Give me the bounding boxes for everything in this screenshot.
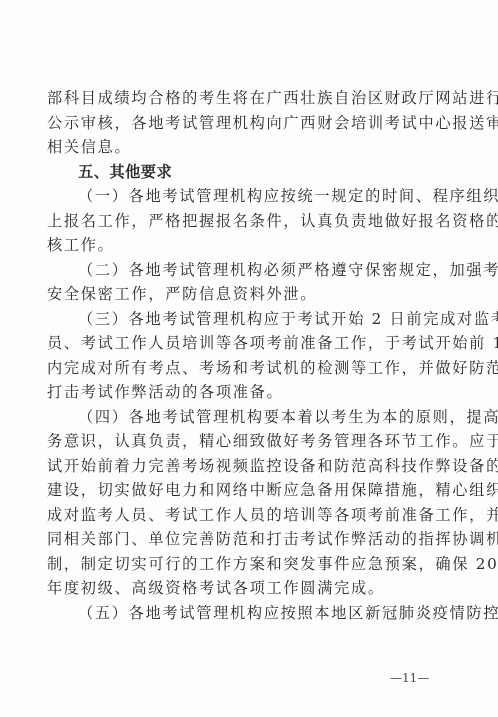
paragraph-line: 务意识，认真负责，精心细致做好考务管理各环节工作。应于考	[47, 429, 439, 454]
paragraph-line: 年度初级、高级资格考试各项工作圆满完成。	[47, 576, 439, 601]
paragraph-line: 内完成对所有考点、考场和考试机的检测等工作，并做好防范和	[47, 356, 439, 381]
paragraph-line: 建设，切实做好电力和网络中断应急备用保障措施，精心组织完	[47, 478, 439, 503]
body-text: 部科目成绩均合格的考生将在广西壮族自治区财政厅网站进行 公示审核，各地考试管理机…	[47, 86, 439, 625]
paragraph-line: 打击考试作弊活动的各项准备。	[47, 380, 439, 405]
paragraph-line: 员、考试工作人员培训等各项考前准备工作，于考试开始前 1 日	[47, 331, 439, 356]
paragraph-line: 上报名工作，严格把握报名条件，认真负责地做好报名资格的审	[47, 209, 439, 234]
page-number: —11—	[390, 671, 429, 685]
paragraph-line: 制，制定切实可行的工作方案和突发事件应急预案，确保 2021	[47, 552, 439, 577]
paragraph-line: （三）各地考试管理机构应于考试开始 2 日前完成对监考人	[47, 307, 439, 332]
paragraph-line: 试开始前着力完善考场视频监控设备和防范高科技作弊设备的	[47, 454, 439, 479]
paragraph-line: 相关信息。	[47, 135, 439, 160]
paragraph-line: （五）各地考试管理机构应按照本地区新冠肺炎疫情防控工	[47, 601, 439, 626]
paragraph-line: 核工作。	[47, 233, 439, 258]
paragraph-line: 成对监考人员、考试工作人员的培训等各项考前准备工作，并会	[47, 503, 439, 528]
paragraph-line: 同相关部门、单位完善防范和打击考试作弊活动的指挥协调机	[47, 527, 439, 552]
paragraph-line: 部科目成绩均合格的考生将在广西壮族自治区财政厅网站进行	[47, 86, 439, 111]
section-heading: 五、其他要求	[47, 160, 439, 185]
paragraph-line: （四）各地考试管理机构要本着以考生为本的原则，提高服	[47, 405, 439, 430]
paragraph-line: （二）各地考试管理机构必须严格遵守保密规定，加强考试	[47, 258, 439, 283]
paragraph-line: （一）各地考试管理机构应按统一规定的时间、程序组织网	[47, 184, 439, 209]
document-page: 部科目成绩均合格的考生将在广西壮族自治区财政厅网站进行 公示审核，各地考试管理机…	[0, 0, 498, 717]
paragraph-line: 公示审核，各地考试管理机构向广西财会培训考试中心报送审核	[47, 111, 439, 136]
paragraph-line: 安全保密工作，严防信息资料外泄。	[47, 282, 439, 307]
